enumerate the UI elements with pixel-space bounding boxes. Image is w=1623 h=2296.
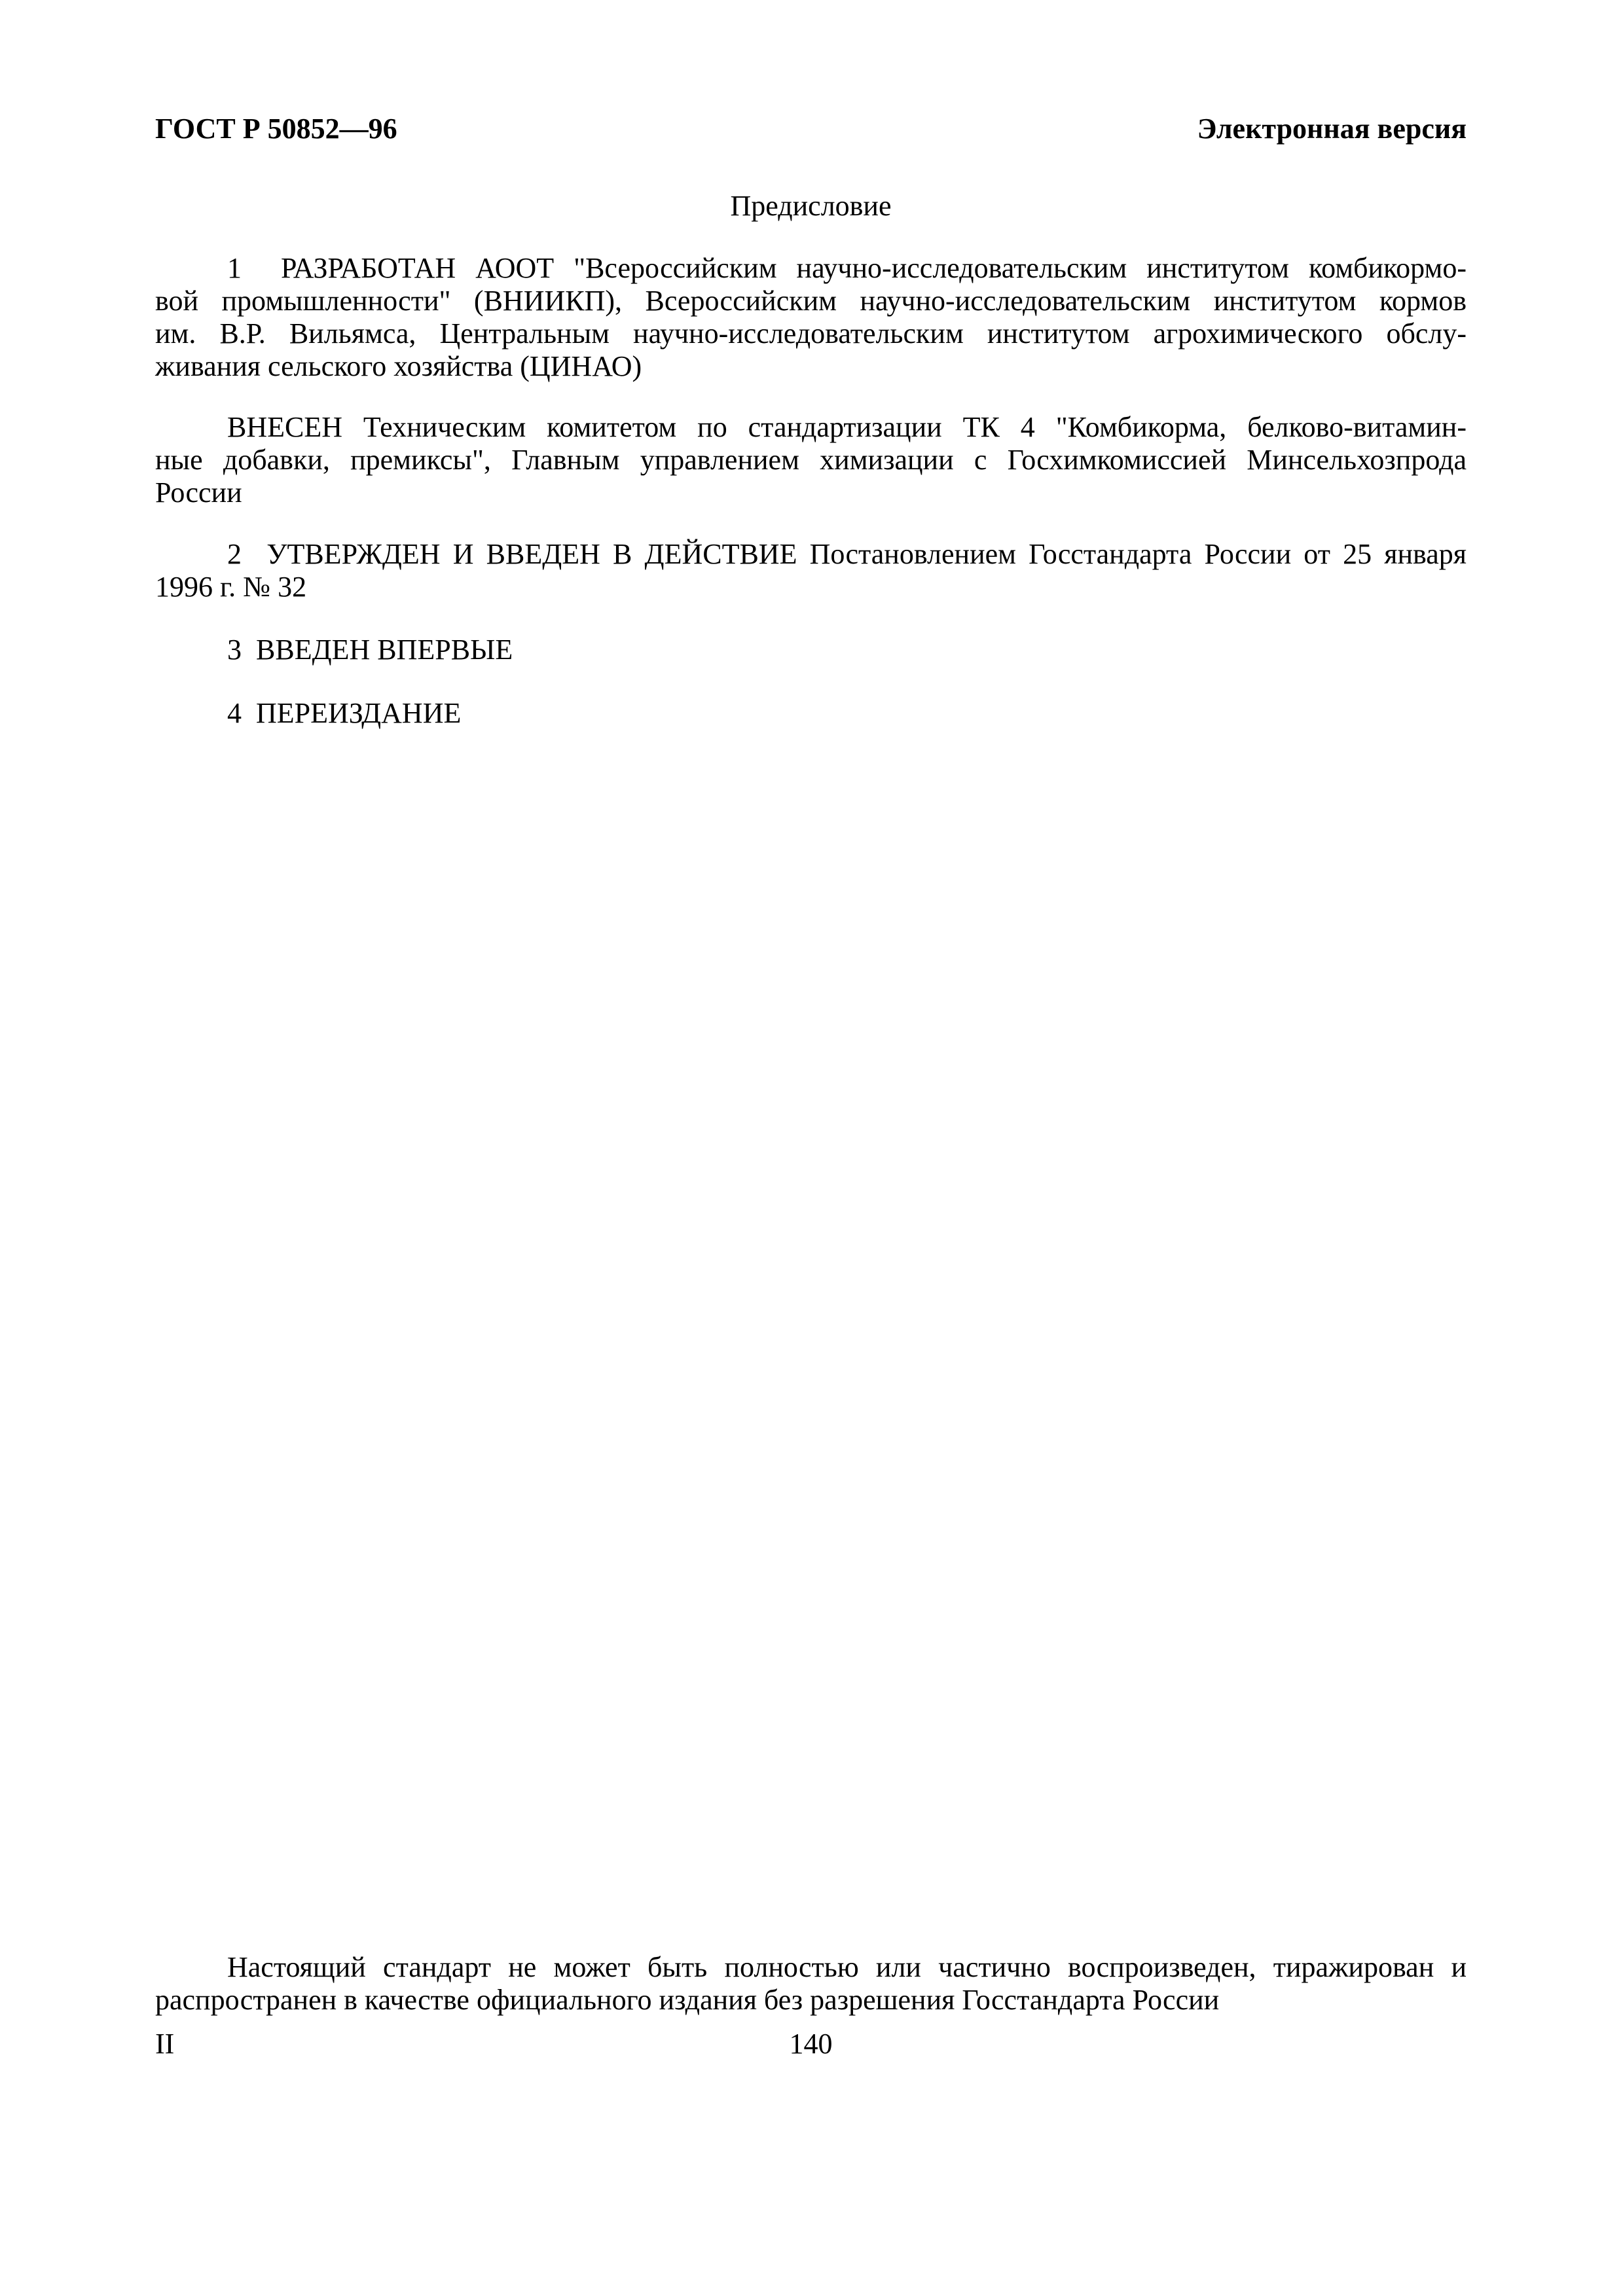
para-developed: 1 РАЗРАБОТАН АООТ "Всероссийским научно-… [155, 252, 1467, 383]
para-reissue: 4 ПЕРЕИЗДАНИЕ [155, 697, 1467, 730]
text-line: России [155, 476, 1467, 509]
edition-label: Электронная версия [1197, 113, 1467, 145]
text-line: 1996 г. № 32 [155, 571, 1467, 603]
text-line: распространен в качестве официального из… [155, 1984, 1467, 2017]
text-line: 2 УТВЕРЖДЕН И ВВЕДЕН В ДЕЙСТВИЕ Постанов… [155, 538, 1467, 571]
para-approved: 2 УТВЕРЖДЕН И ВВЕДЕН В ДЕЙСТВИЕ Постанов… [155, 538, 1467, 603]
text-line: 3 ВВЕДЕН ВПЕРВЫЕ [155, 634, 1467, 666]
page-footer: II 140 [155, 2028, 1467, 2060]
para-first-introduced: 3 ВВЕДЕН ВПЕРВЫЕ [155, 634, 1467, 666]
footer-roman-page-number: II [155, 2028, 174, 2060]
text-line: вой промышленности" (ВНИИКП), Всероссийс… [155, 285, 1467, 317]
doc-number: ГОСТ Р 50852—96 [155, 113, 397, 145]
text-line: Настоящий стандарт не может быть полност… [155, 1951, 1467, 1984]
para-copyright-notice: Настоящий стандарт не может быть полност… [155, 1951, 1467, 2017]
text-line: ВНЕСЕН Техническим комитетом по стандарт… [155, 411, 1467, 444]
page-header: ГОСТ Р 50852—96 Электронная версия [155, 113, 1467, 145]
footer-page-number: 140 [155, 2028, 1467, 2060]
text-line: живания сельского хозяйства (ЦИНАО) [155, 350, 1467, 383]
text-line: 4 ПЕРЕИЗДАНИЕ [155, 697, 1467, 730]
text-line: 1 РАЗРАБОТАН АООТ "Всероссийским научно-… [155, 252, 1467, 285]
text-line: им. В.Р. Вильямса, Центральным научно-ис… [155, 317, 1467, 350]
para-submitted: ВНЕСЕН Техническим комитетом по стандарт… [155, 411, 1467, 509]
page-title: Предисловие [155, 190, 1467, 223]
document-page: ГОСТ Р 50852—96 Электронная версия Преди… [0, 0, 1623, 2296]
text-line: ные добавки, премиксы", Главным управлен… [155, 444, 1467, 476]
